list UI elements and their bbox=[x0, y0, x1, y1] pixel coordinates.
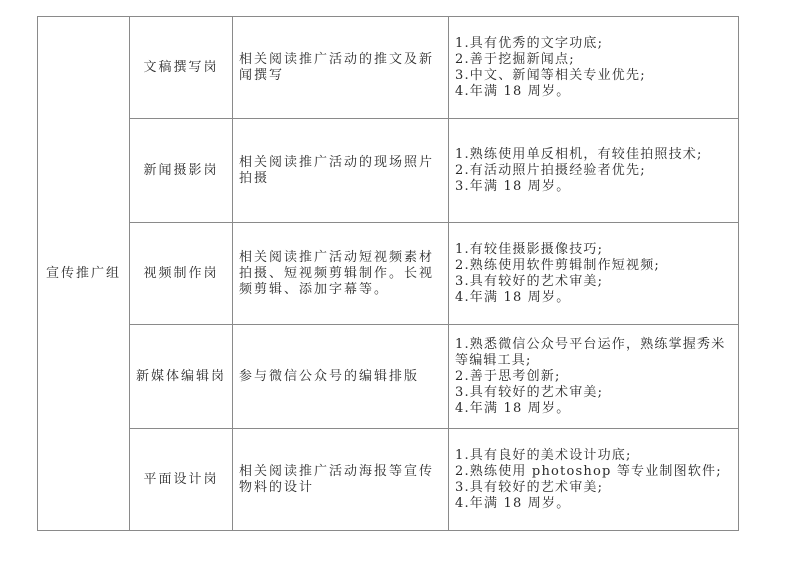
requirement-item: 3.中文、新闻等相关专业优先; bbox=[455, 68, 734, 84]
requirement-item: 1.熟悉微信公众号平台运作，熟练掌握秀米等编辑工具; bbox=[455, 337, 734, 369]
requirement-item: 4.年满 18 周岁。 bbox=[455, 84, 734, 100]
requirement-item: 4.年满 18 周岁。 bbox=[455, 401, 734, 417]
duty-cell: 相关阅读推广活动的推文及新闻撰写 bbox=[233, 17, 449, 119]
group-name-cell: 宣传推广组 bbox=[38, 17, 130, 531]
table-row: 新闻摄影岗 相关阅读推广活动的现场照片拍摄 1.熟练使用单反相机，有较佳拍照技术… bbox=[38, 119, 739, 223]
requirement-item: 1.熟练使用单反相机，有较佳拍照技术; bbox=[455, 147, 734, 163]
requirement-item: 2.熟练使用软件剪辑制作短视频; bbox=[455, 258, 734, 274]
duty-cell: 相关阅读推广活动短视频素材拍摄、短视频剪辑制作。长视频剪辑、添加字幕等。 bbox=[233, 223, 449, 325]
requirements-cell: 1.有较佳摄影摄像技巧; 2.熟练使用软件剪辑制作短视频; 3.具有较好的艺术审… bbox=[449, 223, 739, 325]
requirement-item: 2.善于思考创新; bbox=[455, 369, 734, 385]
requirement-item: 4.年满 18 周岁。 bbox=[455, 290, 734, 306]
table-row: 平面设计岗 相关阅读推广活动海报等宣传物料的设计 1.具有良好的美术设计功底; … bbox=[38, 429, 739, 531]
post-name-cell: 文稿撰写岗 bbox=[130, 17, 233, 119]
requirement-item: 2.熟练使用 photoshop 等专业制图软件; bbox=[455, 464, 734, 480]
requirement-item: 1.有较佳摄影摄像技巧; bbox=[455, 242, 734, 258]
requirement-item: 3.具有较好的艺术审美; bbox=[455, 274, 734, 290]
post-name-cell: 视频制作岗 bbox=[130, 223, 233, 325]
duty-cell: 相关阅读推广活动的现场照片拍摄 bbox=[233, 119, 449, 223]
requirement-item: 1.具有良好的美术设计功底; bbox=[455, 448, 734, 464]
table-row: 宣传推广组 文稿撰写岗 相关阅读推广活动的推文及新闻撰写 1.具有优秀的文字功底… bbox=[38, 17, 739, 119]
requirement-item: 1.具有优秀的文字功底; bbox=[455, 36, 734, 52]
requirement-item: 4.年满 18 周岁。 bbox=[455, 496, 734, 512]
duty-cell: 参与微信公众号的编辑排版 bbox=[233, 325, 449, 429]
requirements-cell: 1.具有良好的美术设计功底; 2.熟练使用 photoshop 等专业制图软件;… bbox=[449, 429, 739, 531]
post-name-cell: 平面设计岗 bbox=[130, 429, 233, 531]
table-row: 视频制作岗 相关阅读推广活动短视频素材拍摄、短视频剪辑制作。长视频剪辑、添加字幕… bbox=[38, 223, 739, 325]
requirements-cell: 1.熟练使用单反相机，有较佳拍照技术; 2.有活动照片拍摄经验者优先; 3.年满… bbox=[449, 119, 739, 223]
requirement-item: 3.年满 18 周岁。 bbox=[455, 179, 734, 195]
requirements-cell: 1.具有优秀的文字功底; 2.善于挖掘新闻点; 3.中文、新闻等相关专业优先; … bbox=[449, 17, 739, 119]
duty-cell: 相关阅读推广活动海报等宣传物料的设计 bbox=[233, 429, 449, 531]
requirement-item: 2.有活动照片拍摄经验者优先; bbox=[455, 163, 734, 179]
recruitment-roles-table: 宣传推广组 文稿撰写岗 相关阅读推广活动的推文及新闻撰写 1.具有优秀的文字功底… bbox=[37, 16, 739, 531]
post-name-cell: 新媒体编辑岗 bbox=[130, 325, 233, 429]
post-name-cell: 新闻摄影岗 bbox=[130, 119, 233, 223]
requirement-item: 3.具有较好的艺术审美; bbox=[455, 480, 734, 496]
table-row: 新媒体编辑岗 参与微信公众号的编辑排版 1.熟悉微信公众号平台运作，熟练掌握秀米… bbox=[38, 325, 739, 429]
requirement-item: 2.善于挖掘新闻点; bbox=[455, 52, 734, 68]
requirement-item: 3.具有较好的艺术审美; bbox=[455, 385, 734, 401]
requirements-cell: 1.熟悉微信公众号平台运作，熟练掌握秀米等编辑工具; 2.善于思考创新; 3.具… bbox=[449, 325, 739, 429]
